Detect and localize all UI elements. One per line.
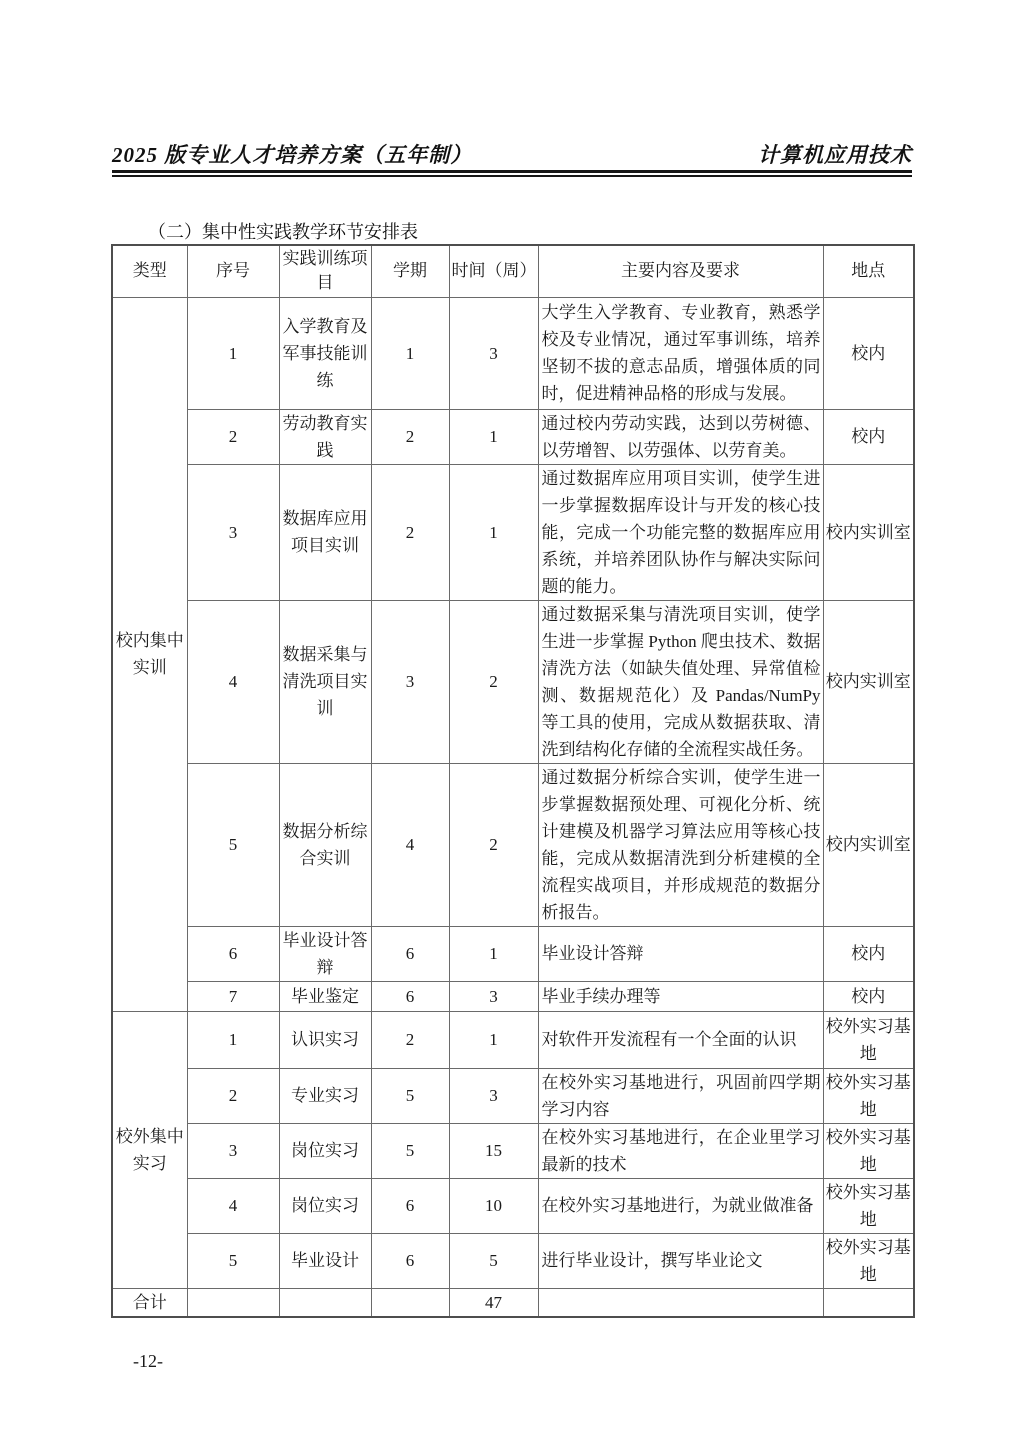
cell-no: 2 [187,409,279,464]
page-header: 2025 版专业人才培养方案（五年制） 计算机应用技术 [112,139,912,169]
cell-location: 校内 [823,926,914,981]
table-row: 3 岗位实习 5 15 在校外实习基地进行，在企业里学习最新的技术 校外实习基地 [112,1123,914,1178]
cell-weeks: 10 [449,1178,538,1233]
cell-location: 校内实训室 [823,600,914,763]
cell-weeks: 2 [449,763,538,926]
header-right-title: 计算机应用技术 [758,139,912,169]
header-location: 地点 [823,245,914,297]
cell-content: 在校外实习基地进行，巩固前四学期学习内容 [538,1068,823,1123]
cell-weeks: 1 [449,1011,538,1068]
cell-content: 通过数据采集与清洗项目实训，使学生进一步掌握 Python 爬虫技术、数据清洗方… [538,600,823,763]
cell-no: 4 [187,1178,279,1233]
group-label-campus-internal: 校内集中实训 [112,297,187,1011]
cell-content: 进行毕业设计，撰写毕业论文 [538,1233,823,1288]
cell-project: 劳动教育实践 [279,409,371,464]
cell-location: 校外实习基地 [823,1123,914,1178]
cell-semester: 1 [371,297,449,409]
table-row: 2 劳动教育实践 2 1 通过校内劳动实践，达到以劳树德、以劳增智、以劳强体、以… [112,409,914,464]
cell-content: 毕业手续办理等 [538,981,823,1011]
cell-weeks: 5 [449,1233,538,1288]
cell-project: 专业实习 [279,1068,371,1123]
cell-no: 6 [187,926,279,981]
cell-content: 通过数据分析综合实训，使学生进一步掌握数据预处理、可视化分析、统计建模及机器学习… [538,763,823,926]
cell-no: 5 [187,763,279,926]
cell-semester: 5 [371,1068,449,1123]
cell-content: 在校外实习基地进行，在企业里学习最新的技术 [538,1123,823,1178]
cell-location: 校内实训室 [823,464,914,600]
cell-location: 校内 [823,409,914,464]
cell-content: 通过校内劳动实践，达到以劳树德、以劳增智、以劳强体、以劳育美。 [538,409,823,464]
total-empty-semester [371,1288,449,1317]
cell-no: 1 [187,1011,279,1068]
total-empty-project [279,1288,371,1317]
cell-semester: 2 [371,409,449,464]
cell-project: 认识实习 [279,1011,371,1068]
cell-weeks: 1 [449,409,538,464]
cell-semester: 5 [371,1123,449,1178]
cell-location: 校内 [823,981,914,1011]
cell-weeks: 3 [449,1068,538,1123]
cell-semester: 6 [371,926,449,981]
cell-semester: 6 [371,981,449,1011]
total-empty-content [538,1288,823,1317]
cell-semester: 4 [371,763,449,926]
page-number: -12- [133,1351,163,1372]
table-row: 3 数据库应用项目实训 2 1 通过数据库应用项目实训，使学生进一步掌握数据库设… [112,464,914,600]
cell-location: 校外实习基地 [823,1233,914,1288]
cell-project: 毕业设计 [279,1233,371,1288]
header-project: 实践训练项目 [279,245,371,297]
cell-semester: 2 [371,464,449,600]
cell-weeks: 1 [449,926,538,981]
cell-weeks: 15 [449,1123,538,1178]
document-page: 2025 版专业人才培养方案（五年制） 计算机应用技术 （二）集中性实践教学环节… [0,0,1024,1448]
header-divider-rule [112,170,912,177]
cell-semester: 3 [371,600,449,763]
cell-location: 校内 [823,297,914,409]
cell-no: 7 [187,981,279,1011]
cell-no: 3 [187,1123,279,1178]
cell-no: 2 [187,1068,279,1123]
cell-project: 岗位实习 [279,1178,371,1233]
cell-no: 5 [187,1233,279,1288]
total-label: 合计 [112,1288,187,1317]
cell-content: 通过数据库应用项目实训，使学生进一步掌握数据库设计与开发的核心技能，完成一个功能… [538,464,823,600]
table-row: 2 专业实习 5 3 在校外实习基地进行，巩固前四学期学习内容 校外实习基地 [112,1068,914,1123]
table-header-row: 类型 序号 实践训练项目 学期 时间（周） 主要内容及要求 地点 [112,245,914,297]
total-empty-no [187,1288,279,1317]
group-label-campus-external: 校外集中实习 [112,1011,187,1288]
cell-weeks: 3 [449,981,538,1011]
header-weeks: 时间（周） [449,245,538,297]
cell-semester: 2 [371,1011,449,1068]
cell-project: 数据库应用项目实训 [279,464,371,600]
cell-project: 毕业设计答辩 [279,926,371,981]
cell-semester: 6 [371,1233,449,1288]
cell-no: 4 [187,600,279,763]
table-row: 5 毕业设计 6 5 进行毕业设计，撰写毕业论文 校外实习基地 [112,1233,914,1288]
cell-no: 3 [187,464,279,600]
practice-schedule-table: 类型 序号 实践训练项目 学期 时间（周） 主要内容及要求 地点 校内集中实训 … [111,244,915,1318]
total-empty-location [823,1288,914,1317]
table-row: 4 岗位实习 6 10 在校外实习基地进行，为就业做准备 校外实习基地 [112,1178,914,1233]
table-row: 校内集中实训 1 入学教育及军事技能训练 1 3 大学生入学教育、专业教育，熟悉… [112,297,914,409]
cell-weeks: 1 [449,464,538,600]
cell-location: 校外实习基地 [823,1011,914,1068]
cell-location: 校外实习基地 [823,1178,914,1233]
cell-content: 大学生入学教育、专业教育，熟悉学校及专业情况，通过军事训练，培养坚韧不拔的意志品… [538,297,823,409]
table-row: 5 数据分析综合实训 4 2 通过数据分析综合实训，使学生进一步掌握数据预处理、… [112,763,914,926]
cell-location: 校外实习基地 [823,1068,914,1123]
table-row: 校外集中实习 1 认识实习 2 1 对软件开发流程有一个全面的认识 校外实习基地 [112,1011,914,1068]
cell-project: 入学教育及军事技能训练 [279,297,371,409]
cell-no: 1 [187,297,279,409]
total-weeks: 47 [449,1288,538,1317]
cell-project: 毕业鉴定 [279,981,371,1011]
table-row: 4 数据采集与清洗项目实训 3 2 通过数据采集与清洗项目实训，使学生进一步掌握… [112,600,914,763]
cell-content: 在校外实习基地进行，为就业做准备 [538,1178,823,1233]
cell-location: 校内实训室 [823,763,914,926]
cell-weeks: 3 [449,297,538,409]
table-row: 6 毕业设计答辩 6 1 毕业设计答辩 校内 [112,926,914,981]
header-no: 序号 [187,245,279,297]
section-title: （二）集中性实践教学环节安排表 [148,218,418,244]
header-left-title: 2025 版专业人才培养方案（五年制） [112,139,472,169]
header-semester: 学期 [371,245,449,297]
cell-project: 数据采集与清洗项目实训 [279,600,371,763]
header-type: 类型 [112,245,187,297]
cell-content: 对软件开发流程有一个全面的认识 [538,1011,823,1068]
cell-project: 数据分析综合实训 [279,763,371,926]
header-content: 主要内容及要求 [538,245,823,297]
cell-content: 毕业设计答辩 [538,926,823,981]
cell-semester: 6 [371,1178,449,1233]
table-total-row: 合计 47 [112,1288,914,1317]
cell-project: 岗位实习 [279,1123,371,1178]
table-row: 7 毕业鉴定 6 3 毕业手续办理等 校内 [112,981,914,1011]
cell-weeks: 2 [449,600,538,763]
